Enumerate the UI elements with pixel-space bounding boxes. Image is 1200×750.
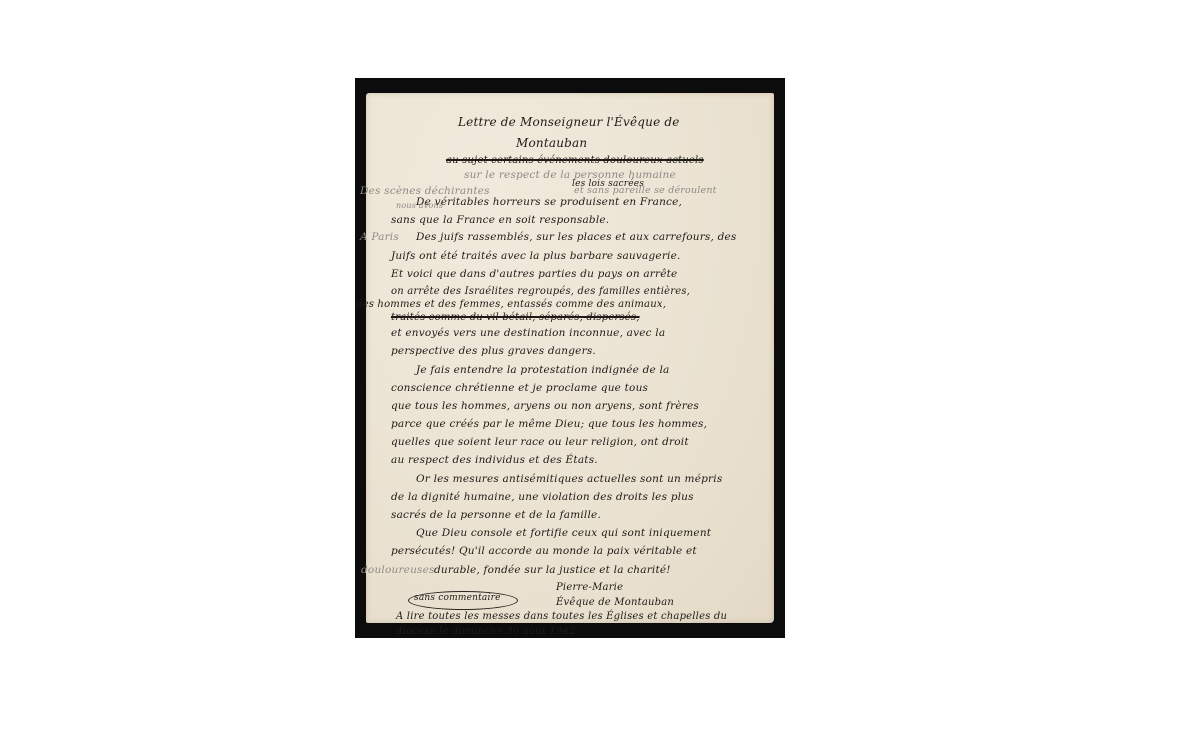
body-line: parce que créés par le même Dieu; que to… <box>391 418 707 430</box>
body-line: que tous les hommes, aryens ou non aryen… <box>391 400 699 412</box>
signature-name: Pierre-Marie <box>556 582 623 593</box>
body-line: Or les mesures antisémitiques actuelles … <box>416 473 722 485</box>
body-line: de la dignité humaine, une violation des… <box>391 491 694 503</box>
body-line: Que Dieu console et fortifie ceux qui so… <box>416 527 711 539</box>
body-line: les lois sacrées <box>572 179 644 189</box>
document-frame: Lettre de Monseigneur l'Évêque de Montau… <box>355 78 785 638</box>
body-line: au respect des individus et des États. <box>391 454 598 466</box>
body-line-struck: traités comme du vil bétail, séparés, di… <box>391 312 640 323</box>
body-line: conscience chrétienne et je proclame que… <box>391 382 648 394</box>
body-line: Juifs ont été traités avec la plus barba… <box>391 250 681 262</box>
body-line: quelles que soient leur race ou leur rel… <box>391 436 689 448</box>
body-line: et envoyés vers une destination inconnue… <box>391 327 665 339</box>
margin-note-sans-commentaire: sans commentaire <box>414 593 501 603</box>
footer-line: diocèse le dimanche 30 août 1942 <box>396 626 576 637</box>
signature-title: Évêque de Montauban <box>556 597 674 608</box>
body-line: sacrés de la personne et de la famille. <box>391 509 601 521</box>
title-line-2: Montauban <box>516 136 587 150</box>
body-line: Et voici que dans d'autres parties du pa… <box>391 268 677 280</box>
margin-note-douloureuse: douloureuses <box>361 564 435 576</box>
body-line: on arrête des Israélites regroupés, des … <box>391 286 690 297</box>
body-line: Je fais entendre la protestation indigné… <box>416 364 670 376</box>
footer-line: A lire toutes les messes dans toutes les… <box>396 611 727 622</box>
body-line: sans que la France en soit responsable. <box>391 214 609 226</box>
title-line-1: Lettre de Monseigneur l'Évêque de <box>458 115 680 129</box>
body-line: perspective des plus graves dangers. <box>391 345 596 357</box>
struck-heading: au sujet certains événements douloureux … <box>446 155 704 166</box>
body-line: persécutés! Qu'il accorde au monde la pa… <box>391 545 697 557</box>
manuscript-page: Lettre de Monseigneur l'Évêque de Montau… <box>366 93 774 623</box>
body-line: durable, fondée sur la justice et la cha… <box>434 564 671 576</box>
body-line: des hommes et des femmes, entassés comme… <box>356 299 666 310</box>
body-line: De véritables horreurs se produisent en … <box>416 196 682 208</box>
body-line: Des juifs rassemblés, sur les places et … <box>416 231 737 243</box>
margin-note-a-paris: A Paris <box>360 231 399 243</box>
